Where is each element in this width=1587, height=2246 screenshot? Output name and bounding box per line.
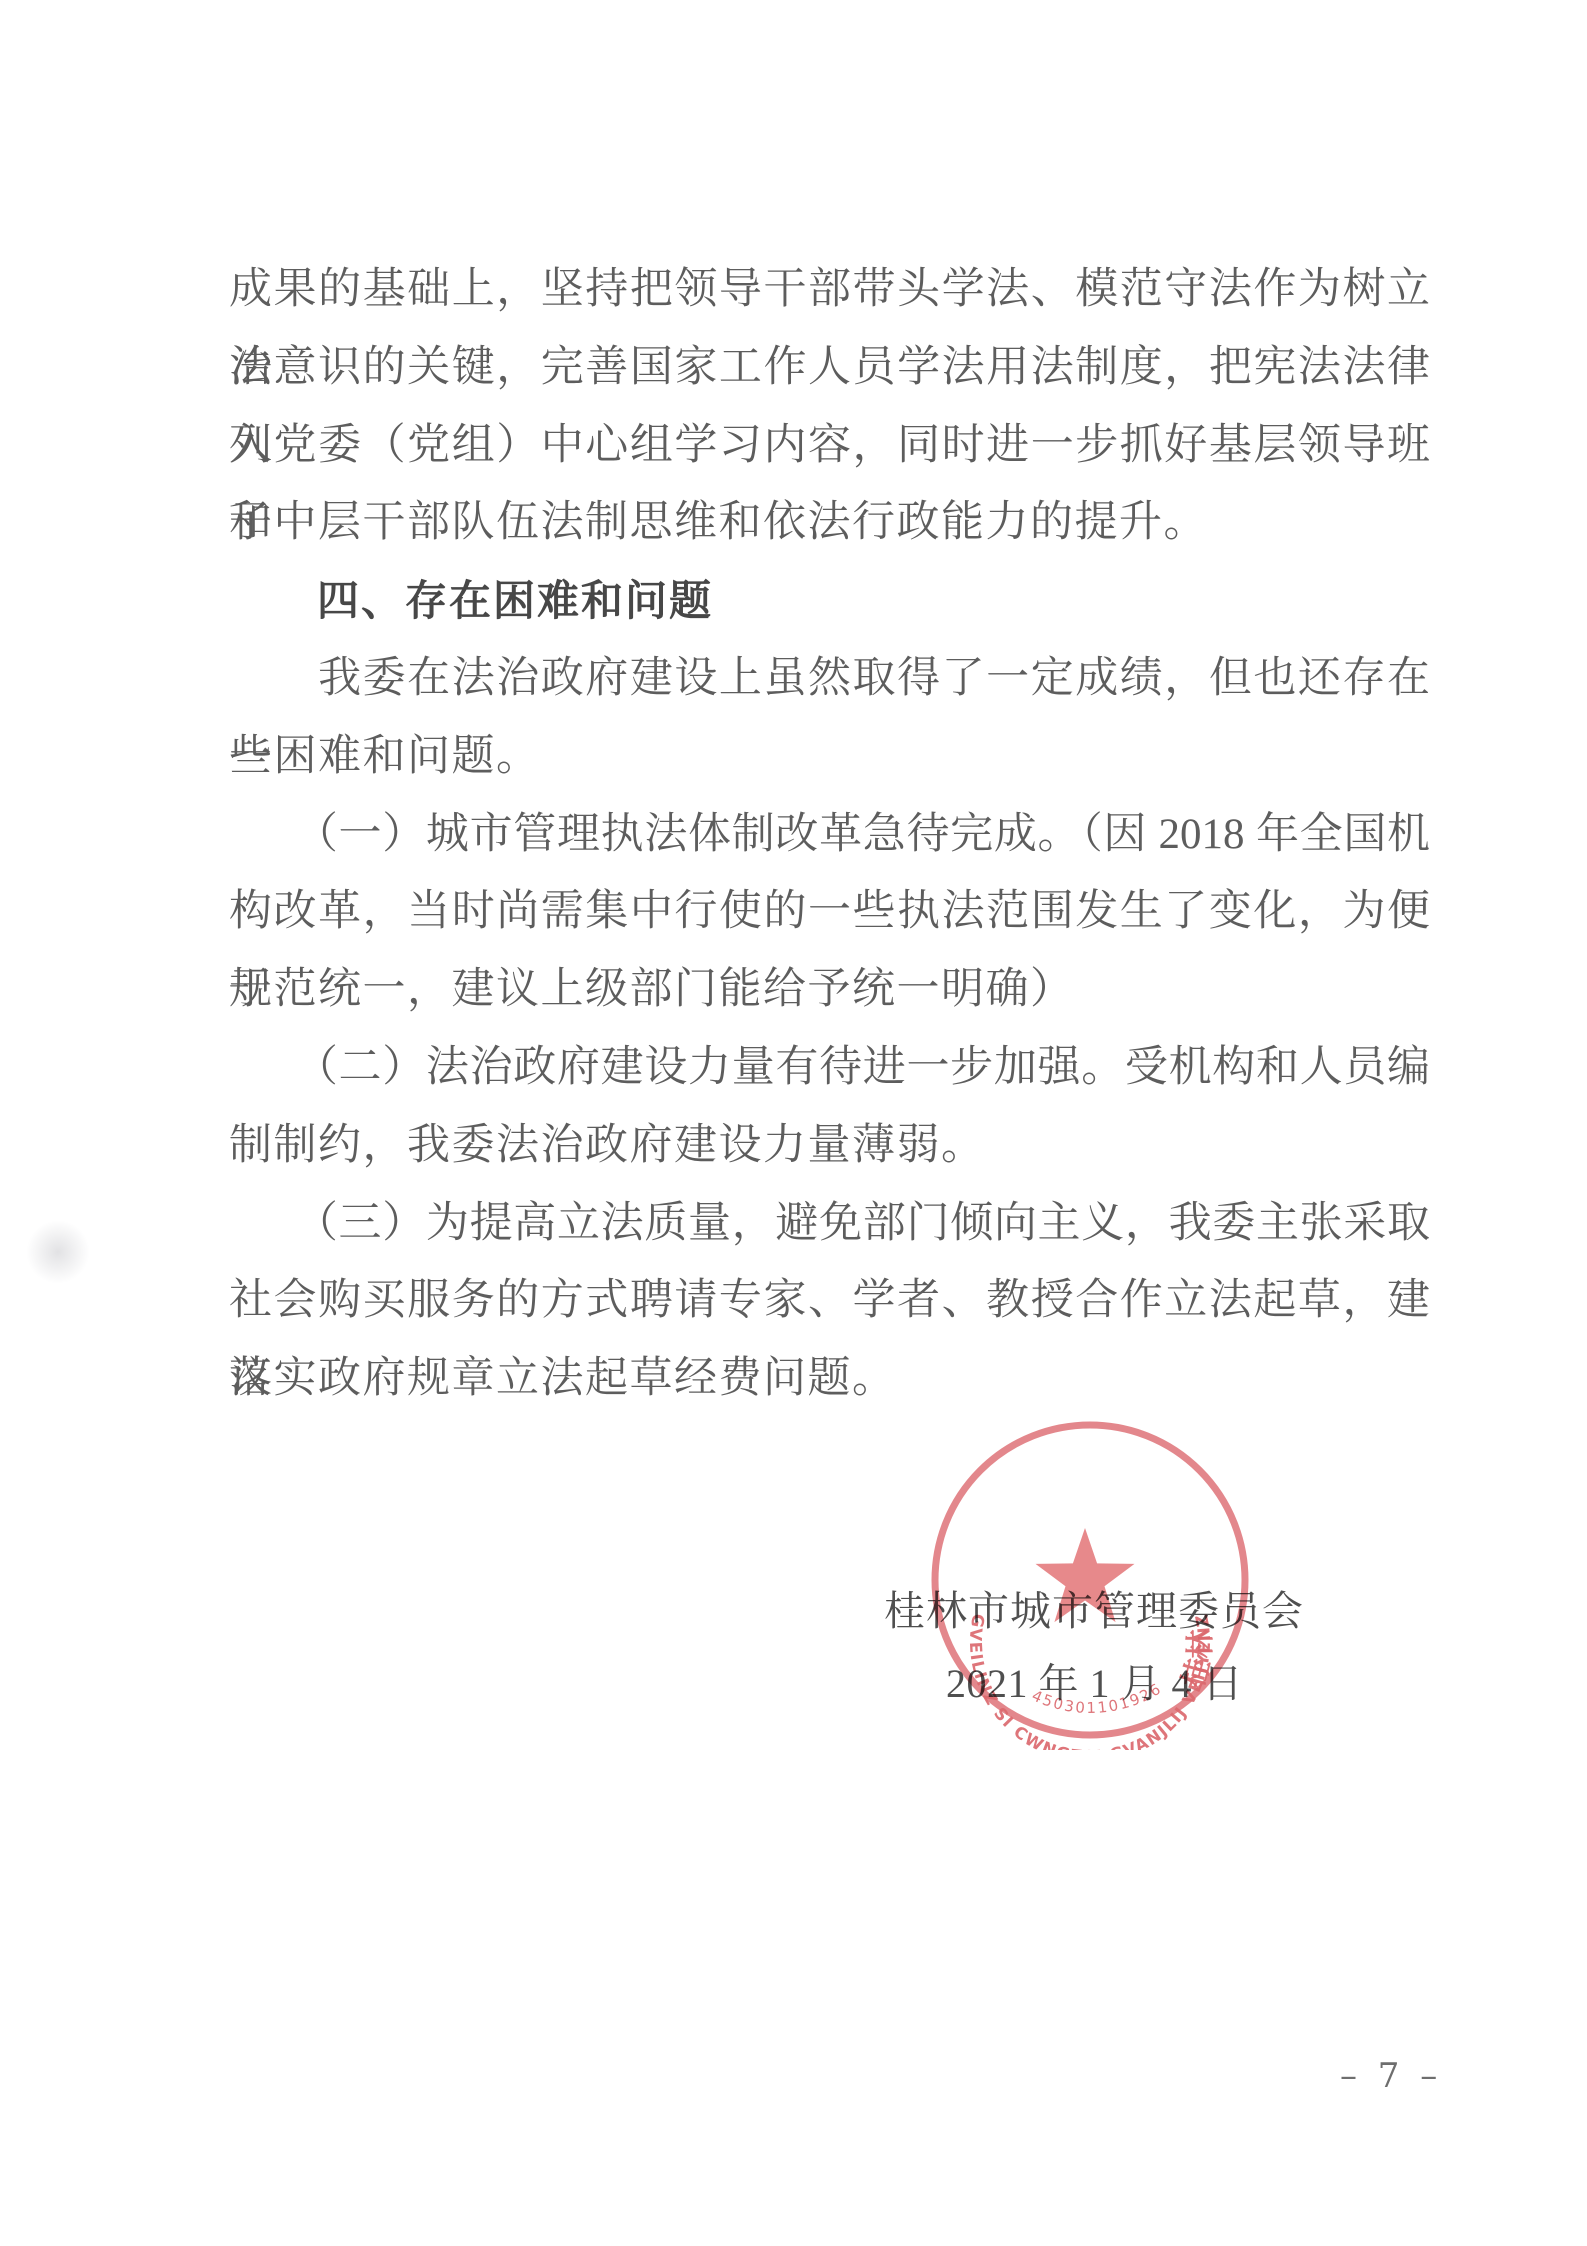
body-line: 我委在法治政府建设上虽然取得了一定成绩，但也还存在一 — [229, 640, 1430, 718]
body-line: （二）法治政府建设力量有待进一步加强。受机构和人员编 — [229, 1029, 1430, 1107]
body-line: 成果的基础上，坚持把领导干部带头学法、模范守法作为树立法 — [229, 251, 1430, 329]
section-heading: 四、存在困难和问题 — [229, 562, 1430, 640]
document-page: 成果的基础上，坚持把领导干部带头学法、模范守法作为树立法 治意识的关键，完善国家… — [0, 0, 1587, 2246]
seal-code: 4503011019268 — [920, 1410, 1165, 1717]
body-line: 入党委（党组）中心组学习内容，同时进一步抓好基层领导班子 — [229, 407, 1430, 485]
document-body: 成果的基础上，坚持把领导干部带头学法、模范守法作为树立法 治意识的关键，完善国家… — [229, 251, 1430, 1418]
body-line: 些困难和问题。 — [229, 718, 1430, 796]
official-seal: GVEILINZ SI CWNGZSI GVANJLIJ VEIJYENZVEI… — [920, 1410, 1260, 1750]
body-line: 和中层干部队伍法制思维和依法行政能力的提升。 — [229, 484, 1430, 562]
seal-star-icon — [1036, 1528, 1135, 1622]
scan-artifact — [26, 1220, 90, 1284]
page-number: – 7 – — [1340, 2056, 1442, 2096]
body-line: 制制约，我委法治政府建设力量薄弱。 — [229, 1107, 1430, 1185]
body-line: 治意识的关键，完善国家工作人员学法用法制度，把宪法法律列 — [229, 329, 1430, 407]
body-line: 社会购买服务的方式聘请专家、学者、教授合作立法起草，建议 — [229, 1262, 1430, 1340]
body-line: 规范统一，建议上级部门能给予统一明确） — [229, 951, 1430, 1029]
body-line: （三）为提高立法质量，避免部门倾向主义，我委主张采取 — [229, 1185, 1430, 1263]
svg-text:4503011019268: 4503011019268 — [920, 1410, 1165, 1717]
body-line: （一）城市管理执法体制改革急待完成。（因 2018 年全国机 — [229, 796, 1430, 874]
body-line: 落实政府规章立法起草经费问题。 — [229, 1340, 1430, 1418]
body-line: 构改革，当时尚需集中行使的一些执法范围发生了变化，为便于 — [229, 873, 1430, 951]
